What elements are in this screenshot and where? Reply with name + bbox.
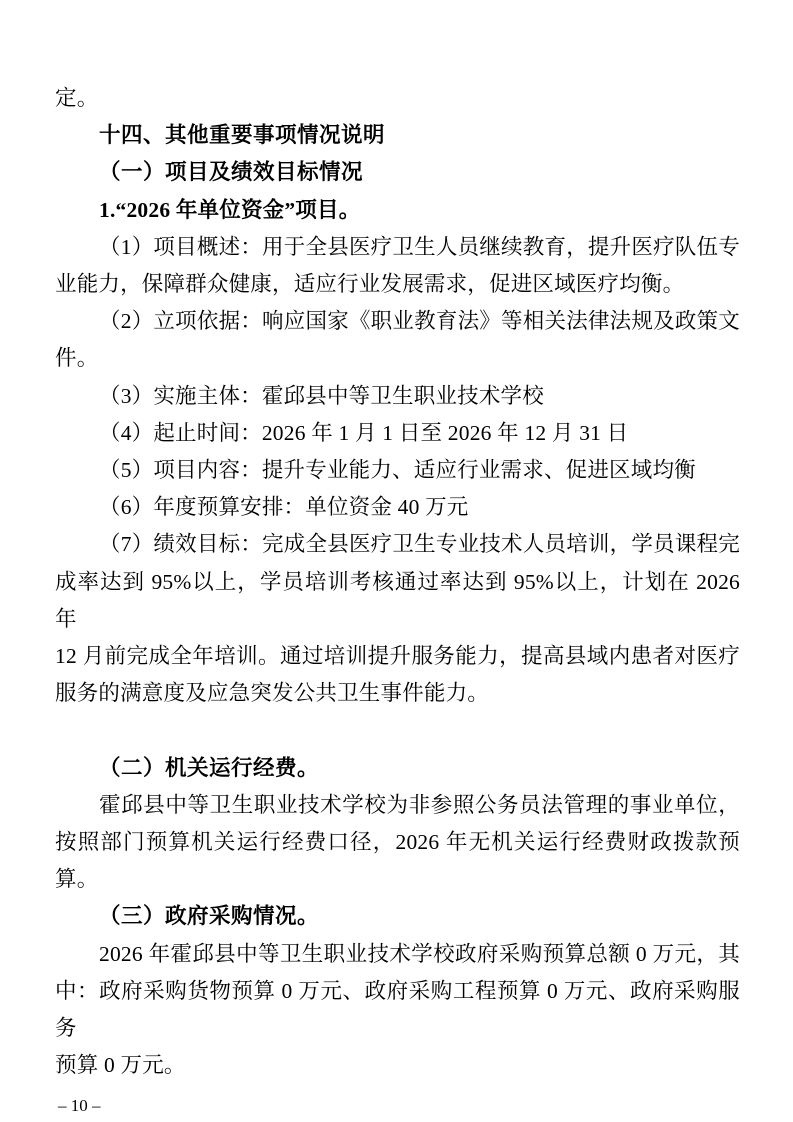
paragraph-project-content: （5）项目内容：提升专业能力、适应行业需求、促进区域均衡	[55, 452, 740, 489]
paragraph-duration: （4）起止时间：2026 年 1 月 1 日至 2026 年 12 月 31 日	[55, 415, 740, 452]
paragraph-procurement-line-3: 预算 0 万元。	[55, 1047, 740, 1084]
paragraph-performance-goals-line-4: 服务的满意度及应急突发公共卫生事件能力。	[55, 675, 740, 712]
paragraph-project-overview-line-1: （1）项目概述：用于全县医疗卫生人员继续教育，提升医疗队伍专	[55, 229, 740, 266]
heading-sub-2-operating-funds: （二）机关运行经费。	[55, 750, 740, 787]
paragraph-annual-budget: （6）年度预算安排：单位资金 40 万元	[55, 489, 740, 526]
paragraph-performance-goals-line-2: 成率达到 95%以上，学员培训考核通过率达到 95%以上，计划在 2026 年	[55, 564, 740, 638]
heading-section-14: 十四、其他重要事项情况说明	[55, 117, 740, 154]
paragraph-operating-funds-line-3: 算。	[55, 861, 740, 898]
paragraph-operating-funds-line-2: 按照部门预算机关运行经费口径，2026 年无机关运行经费财政拨款预	[55, 824, 740, 861]
paragraph-legal-basis-line-2: 件。	[55, 340, 740, 377]
heading-sub-3-procurement: （三）政府采购情况。	[55, 898, 740, 935]
paragraph-performance-goals-line-1: （7）绩效目标：完成全县医疗卫生专业技术人员培训，学员课程完	[55, 526, 740, 563]
paragraph-performance-goals-line-3: 12 月前完成全年培训。通过培训提升服务能力，提高县域内患者对医疗	[55, 638, 740, 675]
paragraph-continuation: 定。	[55, 80, 740, 117]
heading-sub-1-project-goals: （一）项目及绩效目标情况	[55, 154, 740, 191]
page-number: – 10 –	[55, 1096, 740, 1116]
paragraph-implementer: （3）实施主体：霍邱县中等卫生职业技术学校	[55, 378, 740, 415]
paragraph-legal-basis-line-1: （2）立项依据：响应国家《职业教育法》等相关法律法规及政策文	[55, 303, 740, 340]
blank-line	[55, 712, 740, 749]
paragraph-procurement-line-1: 2026 年霍邱县中等卫生职业技术学校政府采购预算总额 0 万元，其	[55, 936, 740, 973]
paragraph-procurement-line-2: 中：政府采购货物预算 0 万元、政府采购工程预算 0 万元、政府采购服务	[55, 973, 740, 1047]
paragraph-project-overview-line-2: 业能力，保障群众健康，适应行业发展需求，促进区域医疗均衡。	[55, 266, 740, 303]
heading-project-2026-unit-funds: 1.“2026 年单位资金”项目。	[55, 192, 740, 229]
document-page: 定。 十四、其他重要事项情况说明 （一）项目及绩效目标情况 1.“2026 年单…	[0, 0, 793, 1122]
document-body: 定。 十四、其他重要事项情况说明 （一）项目及绩效目标情况 1.“2026 年单…	[55, 80, 740, 1084]
paragraph-operating-funds-line-1: 霍邱县中等卫生职业技术学校为非参照公务员法管理的事业单位，	[55, 787, 740, 824]
